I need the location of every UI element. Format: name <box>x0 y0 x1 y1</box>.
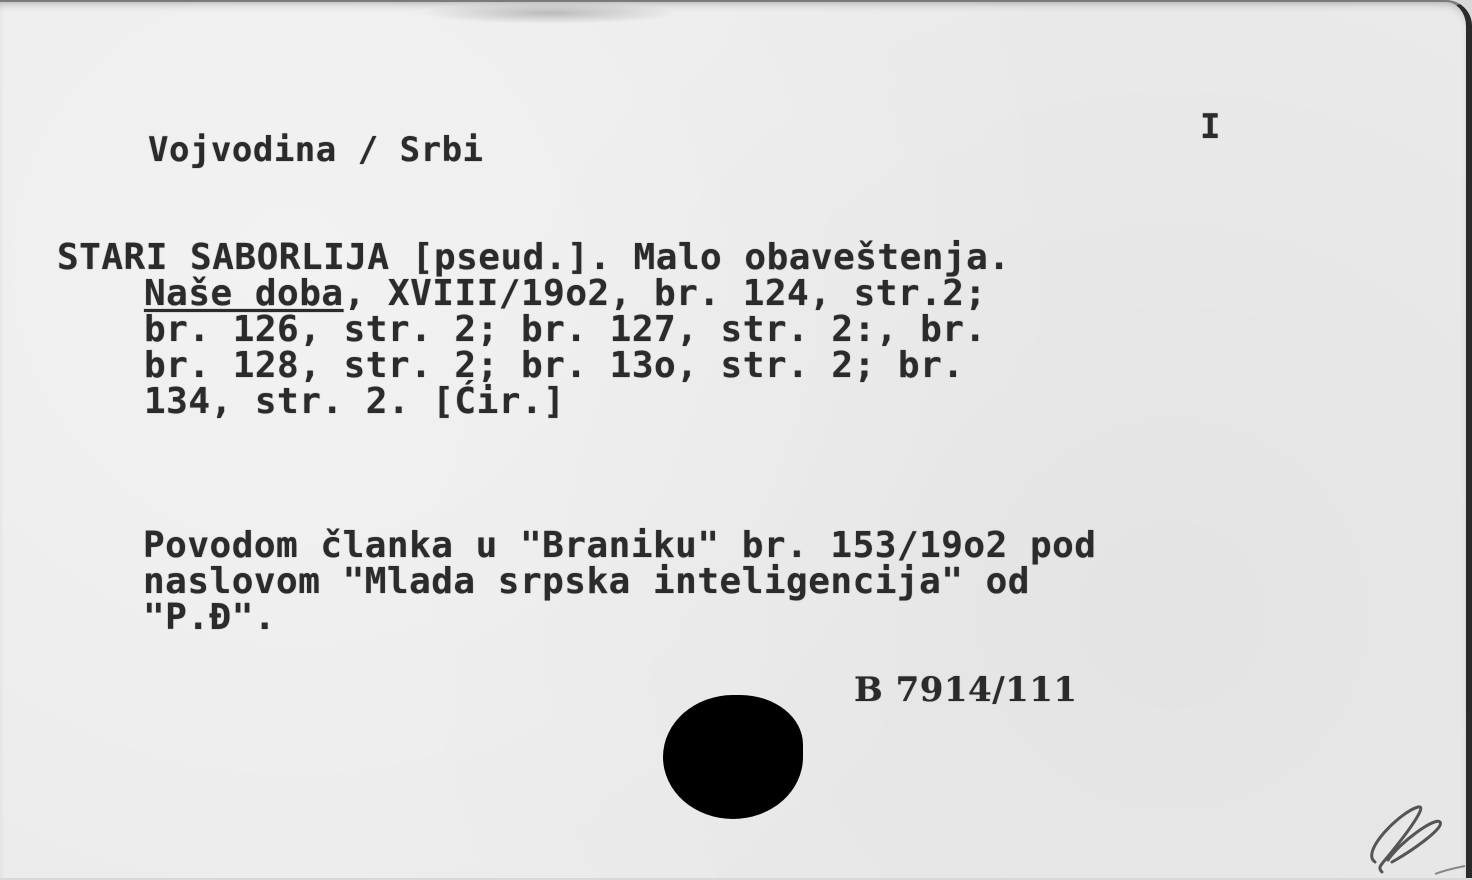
entry-line-3: br. 126, str. 2; br. 127, str. 2:, br. <box>144 309 987 350</box>
note-line-2: naslovom "Mlada srpska inteligencija" od <box>143 561 1030 602</box>
bibliographic-entry: STARI SABORLIJA [pseud.]. Malo obavešten… <box>57 240 1010 420</box>
handwritten-signature-icon <box>1340 792 1470 880</box>
annotation-note: Povodom članka u "Braniku" br. 153/19o2 … <box>143 528 1096 636</box>
punch-hole-icon <box>663 695 803 819</box>
note-line-3: "P.Đ". <box>143 597 276 638</box>
journal-title: Naše doba <box>144 273 344 314</box>
entry-author: STARI SABORLIJA <box>57 237 390 278</box>
sequence-mark: I <box>1200 107 1221 147</box>
entry-line-4: br. 128, str. 2; br. 13o, str. 2; br. <box>144 345 964 386</box>
subject-heading: Vojvodina / Srbi <box>148 130 484 170</box>
smudge-mark <box>420 2 680 24</box>
catalog-card: Vojvodina / Srbi I STARI SABORLIJA [pseu… <box>0 0 1472 878</box>
entry-title: [pseud.]. Malo obaveštenja. <box>390 237 1011 278</box>
call-number: B 7914/111 <box>854 670 1078 710</box>
note-line-1: Povodom članka u "Braniku" br. 153/19o2 … <box>143 525 1096 566</box>
entry-line-5: 134, str. 2. [Ćir.] <box>144 381 565 422</box>
journal-issue: , XVIII/19o2, br. 124, str.2; <box>344 273 987 314</box>
